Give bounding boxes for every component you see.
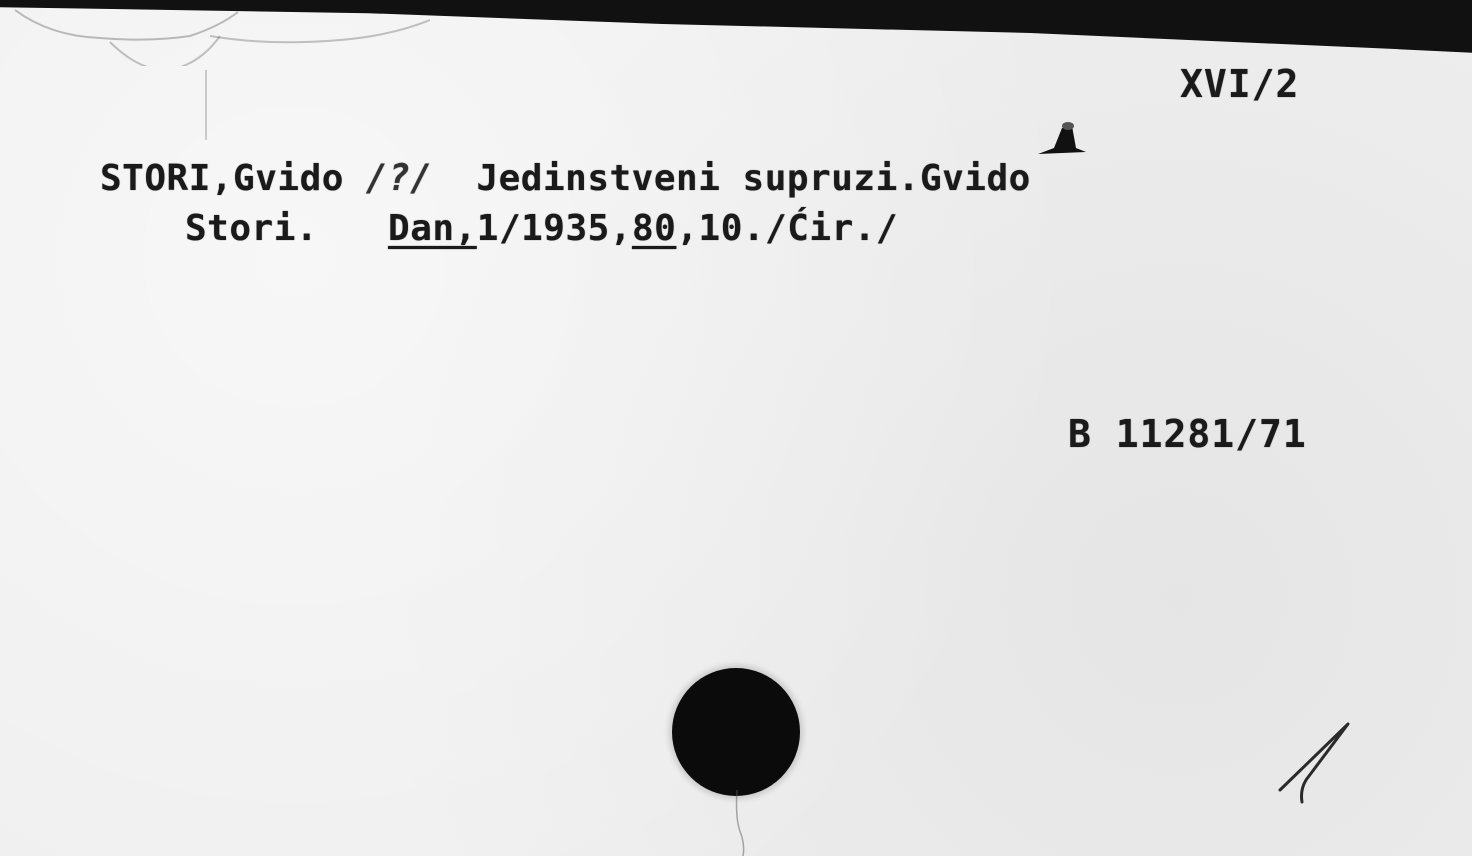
publication-series: Dan, (388, 208, 477, 249)
book-title: Jedinstveni supruzi. (476, 158, 919, 199)
publication-year: /1935, (499, 208, 632, 249)
author-repeat-first: Gvido (920, 158, 1031, 199)
accession-number: B 11281/71 (1068, 412, 1307, 456)
author-repeat-last: Stori. (185, 208, 318, 249)
entry-line-2: Stori.Dan,1/1935,80,10./Ćir./ (185, 208, 898, 249)
author-heading: STORI,Gvido (100, 158, 344, 199)
punch-hole-tear (733, 790, 753, 856)
ink-smudge (1030, 120, 1090, 156)
size: ,10. (676, 208, 765, 249)
page-count: 80 (632, 208, 676, 249)
entry-line-1: STORI,Gvido/?/Jedinstveni supruzi.Gvido (100, 158, 1031, 199)
water-stain (10, 6, 430, 66)
scan-top-edge (0, 0, 1472, 60)
call-number: XVI/2 (1180, 62, 1299, 106)
paper-crease (205, 70, 207, 140)
handwritten-mark (1270, 720, 1360, 810)
catalog-card: XVI/2 STORI,Gvido/?/Jedinstveni supruzi.… (0, 0, 1472, 856)
uncertain-mark: /?/ (366, 158, 433, 199)
publication-issue: 1 (477, 208, 499, 249)
punch-hole (672, 668, 800, 796)
script-note: /Ćir./ (765, 208, 898, 249)
